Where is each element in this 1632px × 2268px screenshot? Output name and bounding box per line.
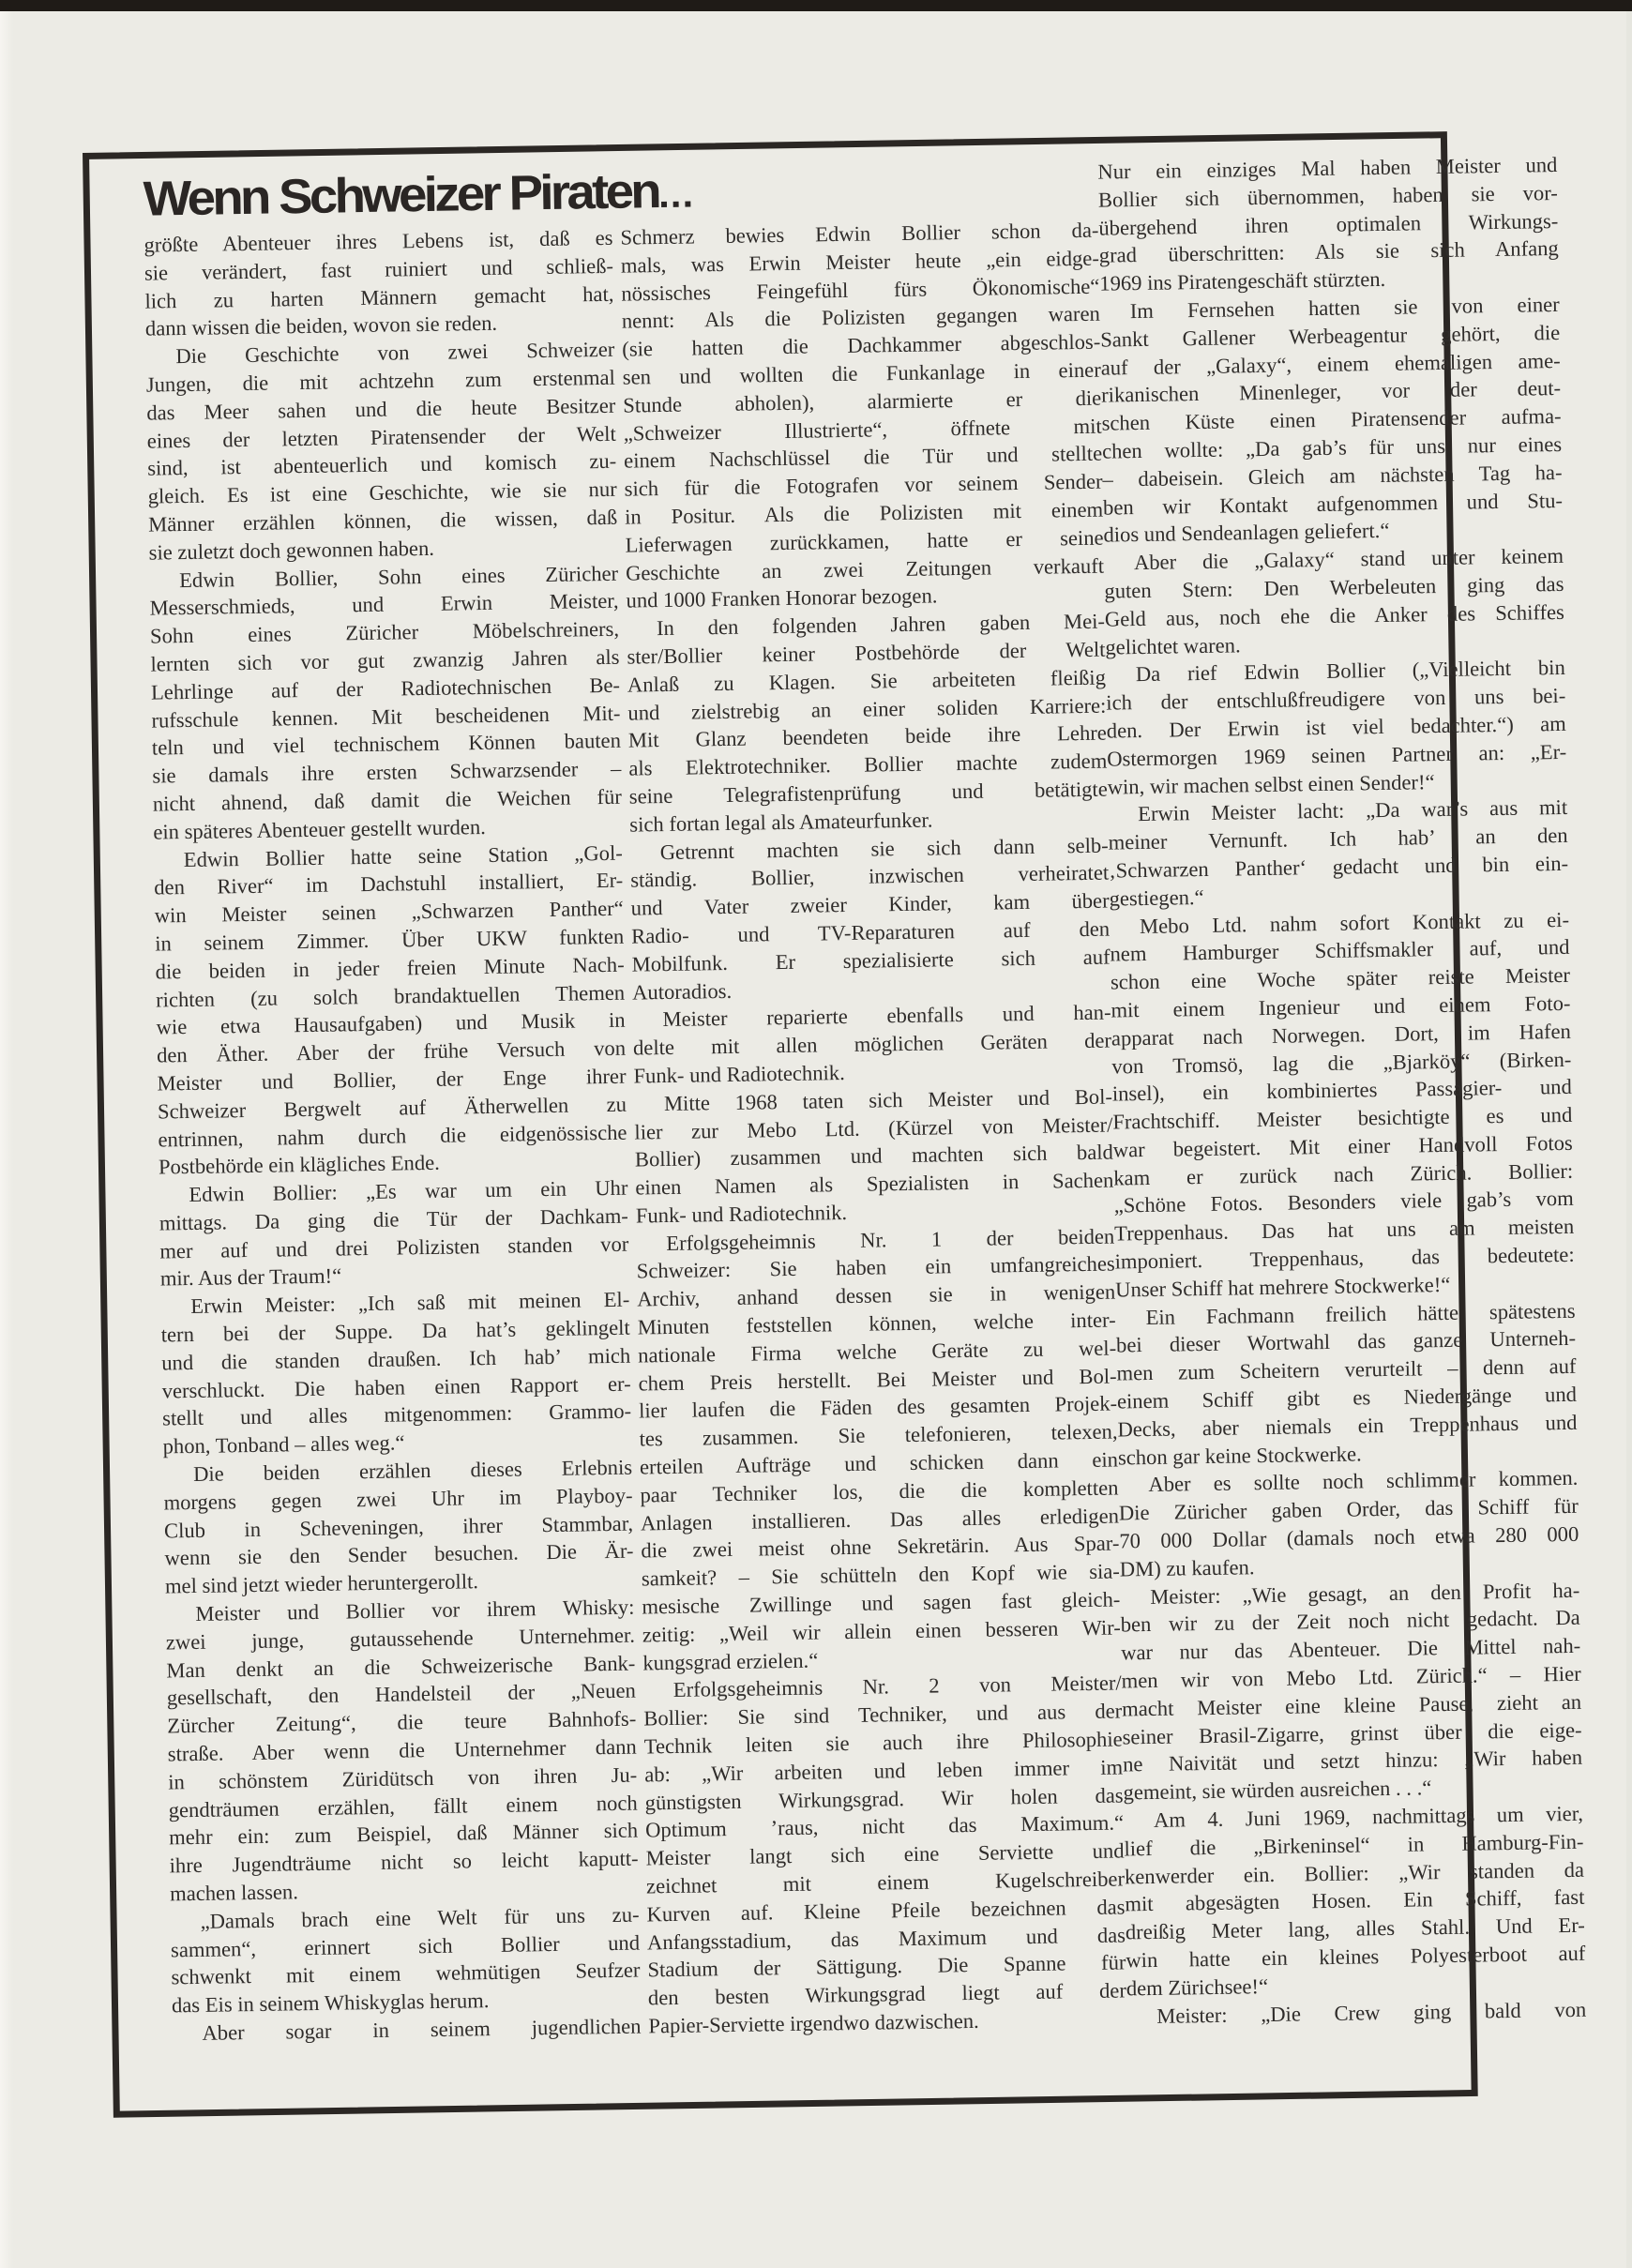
column-2: Schmerz bewies Edwin Bollier schon da-ma… [620, 217, 1126, 2041]
page-right-edge [1626, 11, 1632, 2268]
scan-top-edge [0, 0, 1632, 11]
paragraph: Edwin Bollier, Sohn eines ZüricherMesser… [149, 559, 623, 846]
page-left-edge [0, 11, 13, 2268]
paragraph: größte Abenteuer ihres Lebens ist, daß e… [144, 224, 614, 343]
article-title: Wenn Schweizer Piraten... [143, 162, 694, 227]
paragraph: Am 4. Juni 1969, nachmittags um vier,lie… [1124, 1800, 1586, 2003]
paragraph: Getrennt machten sie sich dann selb-stän… [630, 831, 1111, 1006]
paragraph: „Damals brach eine Welt für uns zu-samme… [170, 1900, 641, 2019]
paragraph: Ein Fachmann freilich hätte spätestensbe… [1115, 1296, 1578, 1471]
title-ellipsis: ... [658, 174, 695, 216]
paragraph: Die Geschichte von zwei SchweizerJungen,… [145, 336, 618, 567]
paragraph: Meister: „Wie gesagt, an den Profit ha-b… [1120, 1576, 1583, 1807]
paragraph: Edwin Bollier: „Es war um ein Uhrmittags… [159, 1174, 629, 1293]
column-3: Nur ein einziges Mal haben Meister undBo… [1097, 151, 1586, 2031]
paragraph: Nur ein einziges Mal haben Meister undBo… [1097, 151, 1559, 298]
paragraph: Aber es sollte noch schlimmer kommen.Die… [1118, 1464, 1579, 1583]
paragraph: Im Fernsehen hatten sie von einerSankt G… [1100, 291, 1564, 550]
paragraph: Mitte 1968 taten sich Meister und Bol-li… [634, 1082, 1114, 1230]
paragraph: Meister reparierte ebenfalls und han-del… [632, 999, 1111, 1090]
paragraph: Die beiden erzählen dieses Erlebnismorge… [163, 1454, 634, 1601]
paragraph: Aber die „Galaxy“ stand unter keinemgute… [1104, 542, 1565, 661]
column-1: größte Abenteuer ihres Lebens ist, daß e… [144, 224, 641, 2048]
paragraph: Erfolgsgeheimnis Nr. 1 der beidenSchweiz… [636, 1222, 1121, 1677]
paragraph: In den folgenden Jahren gaben Mei-ster/B… [627, 608, 1109, 839]
paragraph: Da rief Edwin Bollier („Vielleicht binic… [1106, 654, 1567, 801]
paragraph: Edwin Bollier hatte seine Station „Gol-d… [154, 839, 628, 1181]
title-text: Wenn Schweizer Piraten [143, 164, 658, 227]
paragraph: Mebo Ltd. nahm sofort Kontakt zu ei-nem … [1110, 905, 1575, 1304]
paragraph: Meister und Bollier vor ihrem Whisky:zwe… [165, 1594, 639, 1909]
paragraph: Schmerz bewies Edwin Bollier schon da-ma… [620, 217, 1104, 615]
article: Wenn Schweizer Piraten... größte Abenteu… [122, 134, 1485, 2124]
paragraph: Erfolgsgeheimnis Nr. 2 von Meister/Bolli… [643, 1670, 1127, 2040]
paragraph: Erwin Meister: „Ich saß mit meinen El-te… [160, 1286, 632, 1461]
paragraph: Erwin Meister lacht: „Da war’s aus mitme… [1108, 794, 1569, 913]
